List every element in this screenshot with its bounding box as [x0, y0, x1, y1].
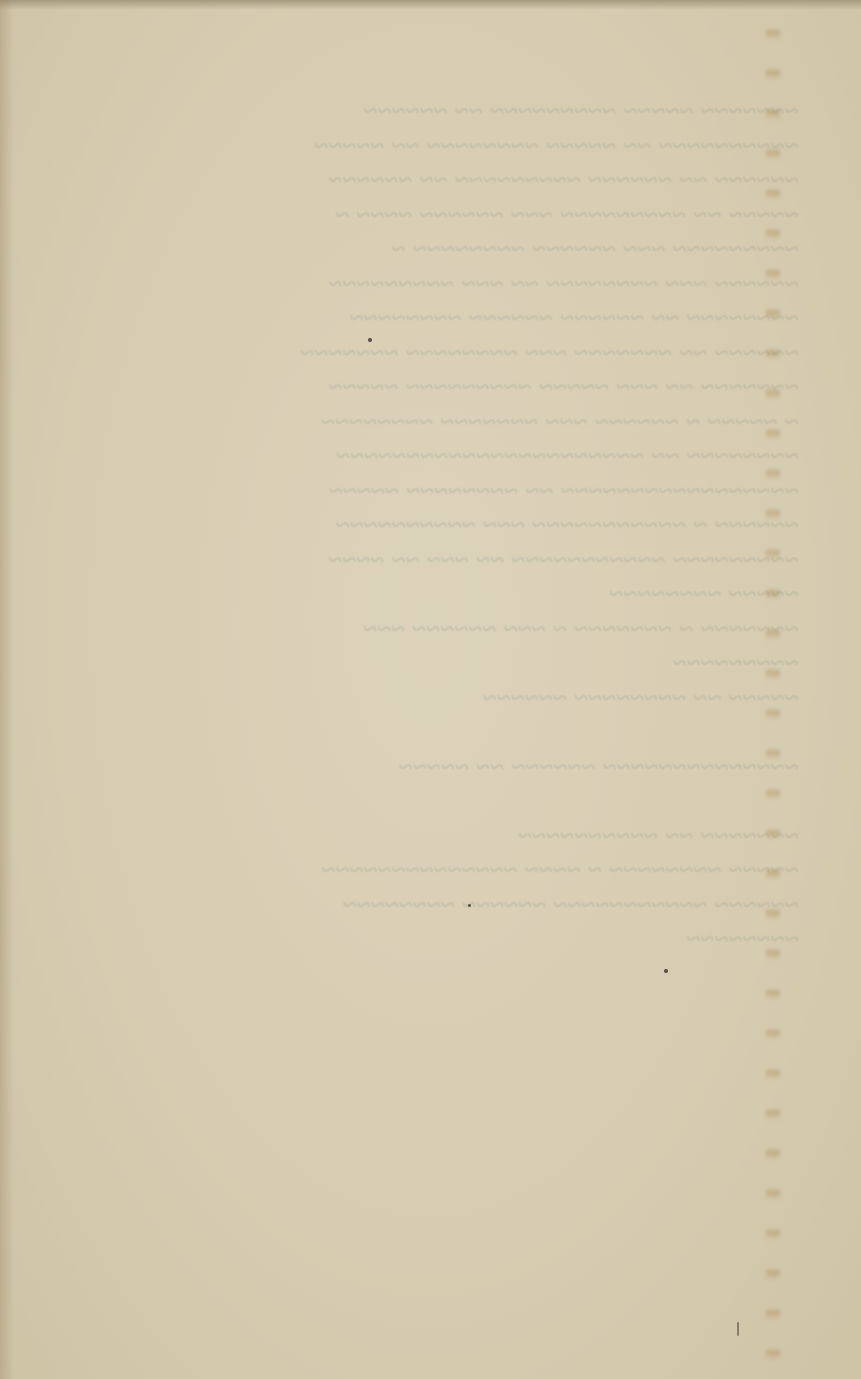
showthrough-line: ~~~~~~~~~ [158, 647, 798, 682]
showthrough-line: ~~~~~ ~~~~~~~~ ~ ~~~~ ~~~~~~~~~~~~~~ [158, 854, 798, 889]
showthrough-line: ~~~~~~~~~~~~~~~~~ ~~ ~~~~~~~~ ~~~~~ [158, 475, 798, 510]
ink-speck [468, 904, 471, 907]
showthrough-line: ~~~~~~~~~~~~~~ ~~~~~~ ~~ ~~~~~ [158, 751, 798, 786]
book-page: ~~~~~~~ ~~~~~ ~~~~~~~~~ ~~ ~~~~~~ ~~~~~~… [0, 0, 861, 1379]
showthrough-line: ~~~~~~~ ~~~~~ ~~~~~~~~~ ~~ ~~~~~~ [158, 95, 798, 130]
showthrough-line: ~~~~~~ ~~ ~~~~~~ ~~~~~~~~~ ~~ ~~~~~~ [158, 164, 798, 199]
showthrough-line: ~~~~~~~~ ~~ ~~~~~~~~~~~~~~~~~~~~~~ [158, 440, 798, 475]
showthrough-line: ~~~~~~~ ~~ ~~~~~~~~~~ [158, 820, 798, 855]
ink-speck [664, 969, 668, 973]
page-top-edge [0, 0, 861, 10]
showthrough-line: ~~~~~~~~~ ~~~ ~~~~~~ ~~~~~~~~ ~ [158, 233, 798, 268]
ink-speck [368, 338, 372, 342]
showthrough-line: ~ ~~~~~ ~ ~~~~~~ ~~~ ~~~~~~~ ~~~~~~~~ [158, 406, 798, 441]
page-left-edge [0, 0, 14, 1379]
showthrough-line: ~~~~~~~~~~ ~~ ~~~~~ ~~~~~~~~ ~~ ~~~~~ [158, 130, 798, 165]
showthrough-line: ~~~~~~ ~~~~~~~~~~~ ~~~~~~ ~~~~~~~~ [158, 889, 798, 924]
showthrough-line: ~~~~~~ ~~~ ~~~~~~~~ ~~ ~~~ ~~~~~~~~~ [158, 268, 798, 303]
showthrough-line: ~~~~~~ ~~ ~~~~~~~ ~~~ ~~~~~~~~ ~~~~~~~ [158, 337, 798, 372]
ink-mark [737, 1322, 739, 1336]
showthrough-line: ~~~~~ ~~ ~~~~~~~~~ ~~~ ~~~~~~ ~~~~ ~ [158, 199, 798, 234]
showthrough-line: ~~~~~~~~~ ~~~~~~~~~~~ ~~ ~~~ ~~ ~~~~ [158, 544, 798, 579]
showthrough-line: ~~~~~~ ~ ~~~~~~~~~~~ ~~~ ~~~~~~~~~~ [158, 509, 798, 544]
showthrough-line: ~~~~~~~ ~ ~~~~~~~ ~ ~~~ ~~~~~~ ~~~ [158, 613, 798, 648]
ink-showthrough: ~~~~~~~ ~~~~~ ~~~~~~~~~ ~~ ~~~~~~ ~~~~~~… [158, 95, 798, 958]
showthrough-line [158, 716, 798, 751]
showthrough-line [158, 785, 798, 820]
showthrough-line: ~~~~~ ~~~~~~~~ [158, 578, 798, 613]
showthrough-line: ~~~~~~~ ~~ ~~~ ~~~~~ ~~~~~~~~~ ~~~~~ [158, 371, 798, 406]
showthrough-line: ~~~~~~~~ [158, 923, 798, 958]
showthrough-line: ~~~~~~~~ ~~ ~~~~~~ ~~~~~~ ~~~~~~~~ [158, 302, 798, 337]
showthrough-line: ~~~~~ ~~ ~~~~~~~~ ~~~~~~ [158, 682, 798, 717]
